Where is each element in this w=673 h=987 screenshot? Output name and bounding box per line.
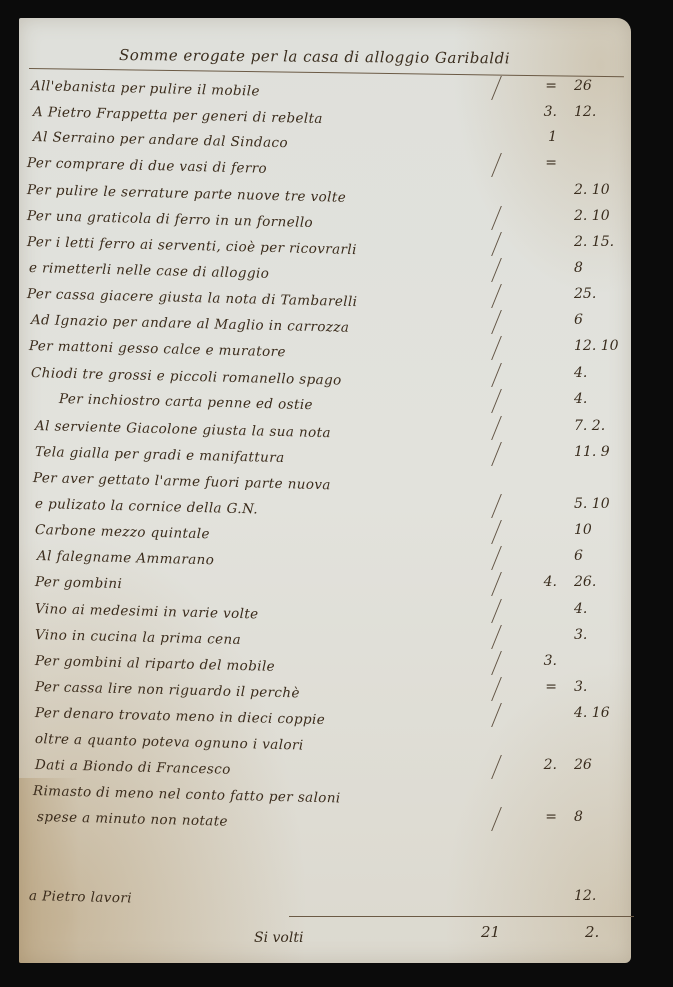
entry-text: Rimasto di meno nel conto fatto per salo… [33,783,341,807]
entry-soldi: 5. 10 [574,496,624,512]
entry-lire: 4. [517,574,557,590]
entry-soldi: 4. [574,391,624,407]
bracket-mark [491,442,514,466]
ledger-row: Dati a Biondo di Francesco 2. 26 [19,757,631,781]
ledger-row: All'ebanista per pulire il mobile = 26 [19,78,631,102]
bracket-mark [491,363,514,387]
entry-lire: = [517,155,557,171]
bracket-mark [491,284,514,308]
bracket-mark [491,494,514,518]
entry-soldi: 26 [574,78,624,94]
bracket-mark [491,389,514,413]
bracket-mark [491,336,514,360]
entry-text: Per i letti ferro ai serventi, cioè per … [27,234,357,258]
bracket-mark [491,76,514,100]
ledger-row: e pulizato la cornice della G.N. 5. 10 [19,496,631,520]
entry-soldi: 11. 9 [574,444,624,460]
entry-text: Per comprare di due vasi di ferro [27,155,267,177]
entry-text: Ad Ignazio per andare al Maglio in carro… [31,312,350,336]
bracket-mark [491,153,514,177]
ledger-row: Per cassa giacere giusta la nota di Tamb… [19,286,631,310]
entry-text: e pulizato la cornice della G.N. [35,496,258,517]
entry-lire: = [517,679,557,695]
bracket-mark [491,206,514,230]
entry-soldi: 4. [574,365,624,381]
entry-text: Al Serraino per andare dal Sindaco [33,129,288,151]
entry-text: Carbone mezzo quintale [35,522,210,542]
bracket-mark [491,520,514,544]
entry-soldi: 2. 10 [574,182,624,198]
entry-soldi: 6 [574,312,624,328]
entry-soldi: 7. 2. [574,418,624,434]
entry-text: Per mattoni gesso calce e muratore [29,338,286,360]
entry-soldi: 2. 15. [574,234,624,250]
bracket-mark [491,703,514,727]
entry-soldi: 26 [574,757,624,773]
entry-text: Per cassa giacere giusta la nota di Tamb… [27,286,358,310]
entry-soldi: 4. 16 [574,705,624,721]
entry-lire: 3. [517,104,557,120]
ledger-row: oltre a quanto poteva ognuno i valori [19,731,631,755]
ledger-row: Per aver gettato l'arme fuori parte nuov… [19,470,631,494]
total-soldi: 2. [585,923,599,941]
entry-soldi: 3. [574,679,624,695]
ledger-row: Per mattoni gesso calce e muratore 12. 1… [19,338,631,362]
ledger-row: Per gombini al riparto del mobile 3. [19,653,631,677]
entry-soldi: 4. [574,601,624,617]
bracket-mark [491,572,514,596]
ledger-row: e rimetterli nelle case di alloggio 8 [19,260,631,284]
ledger-row: Per gombini 4. 26. [19,574,631,598]
entry-text: oltre a quanto poteva ognuno i valori [35,731,304,754]
entry-soldi: 10 [574,522,624,538]
ledger-row: Al falegname Ammarano 6 [19,548,631,572]
bracket-mark [491,546,514,570]
ledger-row: Per una graticola di ferro in un fornell… [19,208,631,232]
ledger-row: spese a minuto non notate = 8 [19,809,631,833]
bracket-mark [491,807,514,831]
entry-lire: 3. [517,653,557,669]
entry-text: Al falegname Ammarano [37,548,215,568]
entry-lire: = [517,809,557,825]
bracket-mark [491,310,514,334]
page-footer-note: Si volti [254,930,303,946]
ledger-row: Vino ai medesimi in varie volte 4. [19,601,631,625]
ledger-row: Per cassa lire non riguardo il perchè = … [19,679,631,703]
ledger-row: Per comprare di due vasi di ferro = [19,155,631,179]
ledger-row: a Pietro lavori 12. [19,888,631,912]
total-rule [289,916,634,917]
entry-soldi: 12. 10 [574,338,624,354]
entry-lire: 1 [517,129,557,145]
ledger-row: Al serviente Giacolone giusta la sua not… [19,418,631,442]
entry-soldi: 25. [574,286,624,302]
ledger-row: Al Serraino per andare dal Sindaco 1 [19,129,631,153]
entry-soldi: 12. [574,104,624,120]
entry-text: Vino in cucina la prima cena [35,627,241,648]
entry-text: All'ebanista per pulire il mobile [31,78,260,100]
entry-text: Per una graticola di ferro in un fornell… [27,208,313,231]
bracket-mark [491,625,514,649]
entry-text: Per gombini al riparto del mobile [35,653,275,675]
bracket-mark [491,258,514,282]
bracket-mark [491,599,514,623]
ledger-row: A Pietro Frappetta per generi di rebelta… [19,104,631,128]
bracket-mark [491,416,514,440]
ledger-row: Per i letti ferro ai serventi, cioè per … [19,234,631,258]
entry-text: Al serviente Giacolone giusta la sua not… [35,418,331,441]
entry-text: Per denaro trovato meno in dieci coppie [35,705,326,728]
entry-lire: = [517,78,557,94]
entry-soldi: 8 [574,260,624,276]
ledger-row: Ad Ignazio per andare al Maglio in carro… [19,312,631,336]
ledger-row: Tela gialla per gradi e manifattura 11. … [19,444,631,468]
entry-soldi: 2. 10 [574,208,624,224]
entry-text: Per inchiostro carta penne ed ostie [59,391,313,413]
entry-text: Dati a Biondo di Francesco [35,757,231,778]
ledger-row: Per pulire le serrature parte nuove tre … [19,182,631,206]
entry-text: Tela gialla per gradi e manifattura [35,444,285,466]
bracket-mark [491,232,514,256]
bracket-mark [491,651,514,675]
bracket-mark [491,677,514,701]
entry-text: Per pulire le serrature parte nuove tre … [27,182,346,206]
entry-text: Per gombini [35,574,123,592]
entry-soldi: 3. [574,627,624,643]
entry-soldi: 12. [574,888,624,904]
entry-text: e rimetterli nelle case di alloggio [29,260,270,282]
entry-text: a Pietro lavori [29,888,132,907]
entry-text: Per aver gettato l'arme fuori parte nuov… [33,470,331,493]
entry-lire: 2. [517,757,557,773]
ledger-row: Chiodi tre grossi e piccoli romanello sp… [19,365,631,389]
entry-text: Chiodi tre grossi e piccoli romanello sp… [31,365,342,389]
bracket-mark [491,755,514,779]
entry-text: A Pietro Frappetta per generi di rebelta [33,104,323,127]
ledger-row: Carbone mezzo quintale 10 [19,522,631,546]
entry-text: spese a minuto non notate [37,809,228,830]
entry-soldi: 6 [574,548,624,564]
entry-text: Vino ai medesimi in varie volte [35,601,259,622]
total-lire: 21 [481,923,500,941]
ledger-row: Per inchiostro carta penne ed ostie 4. [19,391,631,415]
ledger-row: Vino in cucina la prima cena 3. [19,627,631,651]
entry-soldi: 8 [574,809,624,825]
ledger-entries: All'ebanista per pulire il mobile = 26 A… [19,18,631,963]
ledger-row: Rimasto di meno nel conto fatto per salo… [19,783,631,807]
entry-soldi: 26. [574,574,624,590]
ledger-row: Per denaro trovato meno in dieci coppie … [19,705,631,729]
manuscript-page: Somme erogate per la casa di alloggio Ga… [19,18,631,963]
entry-text: Per cassa lire non riguardo il perchè [35,679,300,701]
